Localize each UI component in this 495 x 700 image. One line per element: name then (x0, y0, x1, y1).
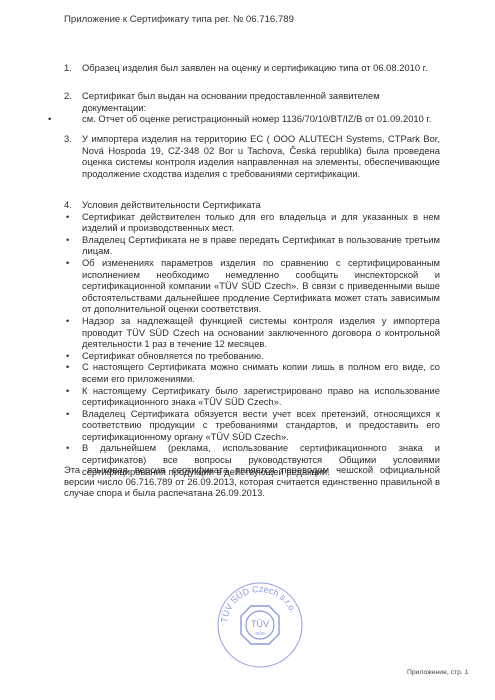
bullet-text: Владелец Сертификата обязуется вести уче… (82, 408, 440, 442)
bullet-item: •Владелец Сертификата не в праве передат… (64, 234, 440, 257)
certification-stamp: TÜV SÜD Czech s.r.o. TÜV SÜD (215, 580, 305, 670)
stamp-logo-top: TÜV (251, 619, 269, 629)
bullet-text: К настоящему Сертификату было зарегистри… (82, 385, 440, 408)
bullet-icon: • (66, 234, 69, 246)
bullet-text: Об изменениях параметров изделия по срав… (82, 257, 440, 314)
bullet-text: Сертификат действителен только для его в… (82, 211, 440, 234)
bullet-text: С настоящего Сертификата можно снимать к… (82, 361, 440, 384)
document-header: Приложение к Сертификату типа рег. № 06.… (64, 14, 294, 25)
closing-paragraph: Эта языковая версия сертификата является… (64, 464, 440, 499)
bullet-text: Владелец Сертификата не в праве передать… (82, 234, 440, 257)
bullet-icon: • (66, 315, 69, 327)
bullet-icon: • (66, 385, 69, 397)
bullet-icon: • (66, 257, 69, 269)
section-3: 3. У импортера изделия на территорию ЕС … (64, 133, 440, 179)
section-number: 3. (64, 133, 72, 145)
bullet-text: Надзор за надлежащей функцией системы ко… (82, 315, 440, 349)
bullet-text: см. Отчет об оценке регистрационный номе… (82, 113, 431, 124)
bullet-icon: • (66, 350, 69, 362)
bullet-item: •Сертификат обновляется по требованию. (64, 350, 440, 362)
bullet-icon: • (66, 442, 69, 454)
bullet-icon: • (66, 361, 69, 373)
bullet-item: •К настоящему Сертификату было зарегистр… (64, 385, 440, 408)
section-2: 2. Сертификат был выдан на основании пре… (64, 90, 440, 125)
bullet-item: •С настоящего Сертификата можно снимать … (64, 361, 440, 384)
svg-text:TÜV SÜD Czech s.r.o.: TÜV SÜD Czech s.r.o. (219, 584, 298, 623)
bullet-text: Сертификат обновляется по требованию. (82, 350, 264, 361)
stamp-seal-icon: TÜV SÜD Czech s.r.o. TÜV SÜD (215, 580, 305, 670)
bullet-list: • см. Отчет об оценке регистрационный но… (64, 113, 440, 125)
bullet-icon: • (48, 113, 51, 125)
stamp-logo-bottom: SÜD (255, 630, 265, 636)
section-text: Сертификат был выдан на основании предос… (82, 90, 440, 113)
page-footer: Приложение, стр. 1 (407, 669, 469, 676)
bullet-item: • см. Отчет об оценке регистрационный но… (46, 113, 440, 125)
section-number: 2. (64, 90, 72, 102)
section-4: 4. Условия действительности Сертификата … (64, 199, 440, 477)
document-page: Приложение к Сертификату типа рег. № 06.… (0, 0, 495, 700)
bullet-item: •Надзор за надлежащей функцией системы к… (64, 315, 440, 350)
bullet-list: •Сертификат действителен только для его … (64, 211, 440, 478)
section-title: Условия действительности Сертификата (82, 199, 440, 211)
section-number: 4. (64, 199, 72, 211)
bullet-icon: • (66, 408, 69, 420)
bullet-item: •Владелец Сертификата обязуется вести уч… (64, 408, 440, 443)
bullet-icon: • (66, 211, 69, 223)
bullet-item: •Об изменениях параметров изделия по сра… (64, 257, 440, 315)
bullet-item: •Сертификат действителен только для его … (64, 211, 440, 234)
section-1: 1. Образец изделия был заявлен на оценку… (64, 62, 440, 74)
section-text: У импортера изделия на территорию ЕС ( О… (82, 133, 440, 179)
section-text: Образец изделия был заявлен на оценку и … (82, 62, 440, 74)
section-number: 1. (64, 62, 72, 74)
